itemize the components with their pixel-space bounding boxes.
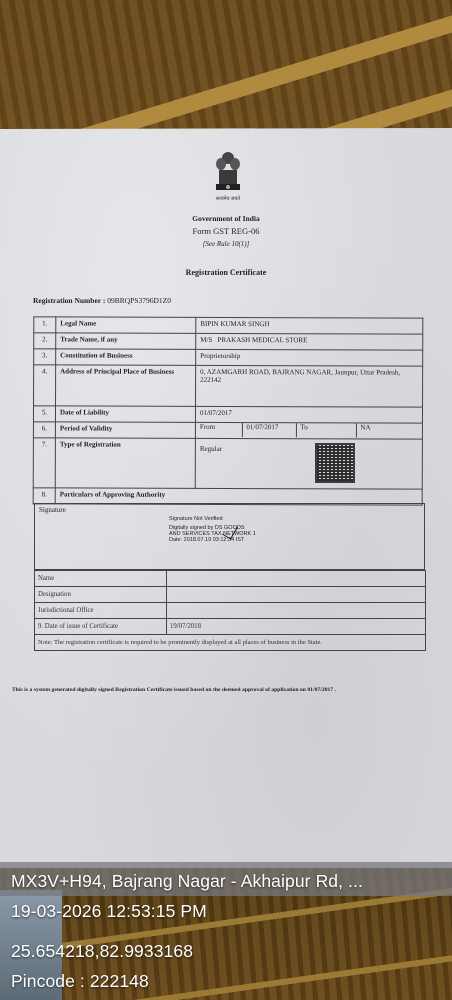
- certificate-title: Registration Certificate: [0, 268, 452, 277]
- approving-authority-table: Name Designation Jurisdictional Office 9…: [34, 570, 426, 651]
- signature-table: Signature Signature Not Verified Digital…: [34, 503, 425, 570]
- national-emblem-icon: [211, 150, 245, 198]
- table-row: Jurisdictional Office: [35, 603, 426, 619]
- designation-label: Designation: [35, 587, 167, 603]
- table-row: 5. Date of Liability 01/07/2017: [33, 406, 422, 423]
- form-name: Form GST REG-06: [0, 226, 452, 236]
- table-row: 2. Trade Name, if any M/S PRAKASH MEDICA…: [34, 333, 423, 350]
- digital-signature-block: Signature Not Verified Digitally signed …: [169, 516, 256, 543]
- row-label: Address of Principal Place of Business: [56, 365, 196, 406]
- authority-name-label: Name: [35, 571, 167, 587]
- jurisdictional-office-label: Jurisdictional Office: [35, 603, 167, 619]
- liability-date-value: 01/07/2017: [195, 406, 422, 423]
- table-row: 9. Date of issue of Certificate 19/07/20…: [35, 619, 426, 635]
- system-generated-footer: This is a system generated digitally sig…: [12, 687, 452, 693]
- registration-number-label: Registration Number :: [33, 296, 105, 305]
- geotag-pincode: Pincode : 222148: [11, 971, 149, 992]
- table-row: 1. Legal Name BIPIN KUMAR SINGH: [34, 317, 423, 334]
- row-number: 1.: [34, 317, 56, 333]
- government-heading: Government of India: [0, 214, 452, 223]
- validity-cell: From 01/07/2017 To NA: [195, 422, 422, 439]
- row-label: Date of Liability: [55, 406, 195, 422]
- address-value: 0, AZAMGARH ROAD, BAJRANG NAGAR, Jaunpur…: [196, 365, 423, 407]
- rule-reference: [See Rule 10(1)]: [0, 240, 452, 248]
- row-number: 6.: [33, 422, 55, 438]
- designation-value: [167, 587, 426, 603]
- row-number: 4.: [34, 365, 56, 406]
- row-number: 7.: [33, 438, 55, 488]
- table-row: Name: [35, 571, 426, 587]
- row-label: Legal Name: [56, 317, 196, 333]
- row-label: Trade Name, if any: [56, 333, 196, 349]
- to-label: To: [296, 423, 356, 437]
- table-row: 7. Type of Registration Regular: [33, 438, 422, 489]
- legal-name-value: BIPIN KUMAR SINGH: [196, 317, 423, 334]
- issue-date-label: 9. Date of issue of Certificate: [35, 619, 167, 635]
- row-number: 5.: [33, 406, 55, 422]
- constitution-value: Proprietorship: [196, 349, 423, 366]
- row-number: 3.: [34, 349, 56, 365]
- jurisdictional-office-value: [167, 603, 426, 619]
- table-row: Designation: [35, 587, 426, 603]
- geotag-datetime: 19-03-2026 12:53:15 PM: [11, 901, 207, 922]
- validity-subtable: From 01/07/2017 To NA: [196, 423, 422, 438]
- trade-name-value: M/S PRAKASH MEDICAL STORE: [196, 333, 423, 350]
- signature-cell: Signature Signature Not Verified Digital…: [35, 504, 425, 570]
- authority-name-value: [167, 571, 426, 587]
- geotag-coordinates: 25.654218,82.9933168: [11, 941, 193, 962]
- display-note: Note: The registration certificate is re…: [35, 635, 426, 651]
- from-label: From: [196, 423, 242, 437]
- issue-date-value: 19/07/2018: [167, 619, 426, 635]
- signature-label: Signature: [39, 506, 66, 514]
- row-label: Constitution of Business: [56, 349, 196, 365]
- from-date: 01/07/2017: [242, 423, 296, 437]
- row-label: Type of Registration: [55, 438, 195, 488]
- to-date: NA: [356, 423, 422, 437]
- row-number: 2.: [34, 333, 56, 349]
- row-number: 8.: [33, 488, 55, 504]
- qr-code: [315, 443, 355, 483]
- emblem-caption: सत्यमेव जयते: [212, 196, 244, 202]
- table-row: Note: The registration certificate is re…: [35, 635, 426, 651]
- signature-date: Date: 2018.07.19 03:12:34 IST: [169, 537, 256, 543]
- registration-number-value: 09BRQPS3796D1Z0: [107, 296, 171, 305]
- registration-number: Registration Number : 09BRQPS3796D1Z0: [33, 296, 171, 305]
- registration-type-value: Regular: [195, 438, 422, 489]
- row-label: Period of Validity: [55, 422, 195, 438]
- table-row: 4. Address of Principal Place of Busines…: [34, 365, 423, 407]
- table-row: 6. Period of Validity From 01/07/2017 To…: [33, 422, 422, 439]
- table-row: 3. Constitution of Business Proprietorsh…: [34, 349, 423, 366]
- registration-details-table: 1. Legal Name BIPIN KUMAR SINGH 2. Trade…: [33, 316, 424, 505]
- geotag-address: MX3V+H94, Bajrang Nagar - Akhaipur Rd, .…: [11, 871, 363, 892]
- signature-status: Signature Not Verified: [169, 516, 256, 522]
